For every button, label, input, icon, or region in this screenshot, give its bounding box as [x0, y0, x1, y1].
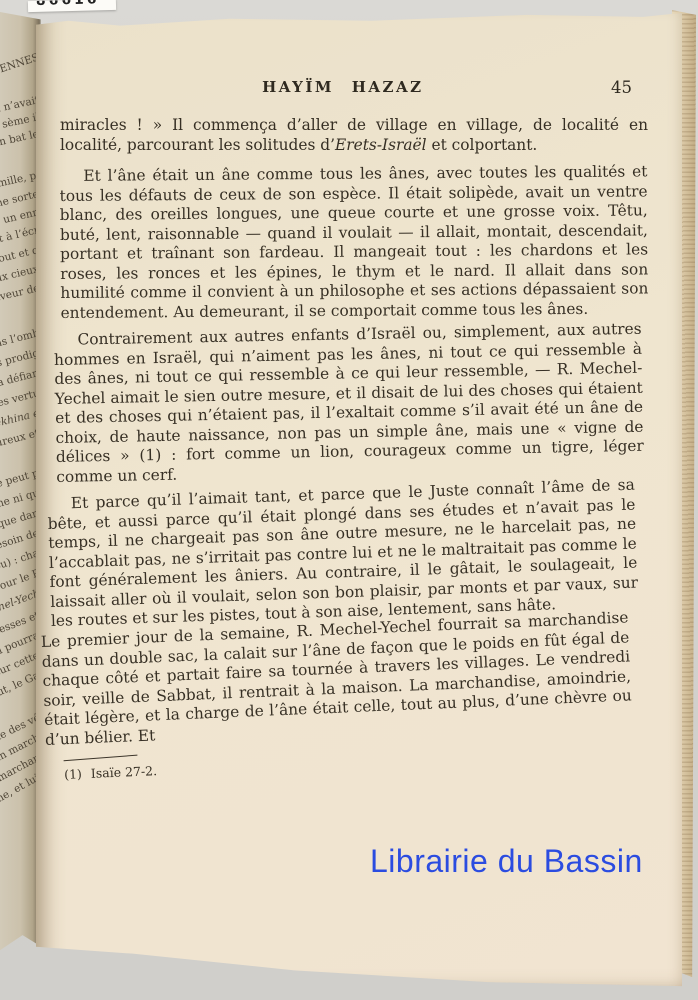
- footnote-marker: (1): [64, 766, 82, 782]
- text-run: Et parce qu’il l’aimait tant, et parce q…: [47, 476, 638, 630]
- facing-page-fragment: sa faveur de: [0, 283, 40, 308]
- page-number: 45: [611, 78, 632, 97]
- facing-page-edge: ENNESte. Il n’avaitd on sème iland on ba…: [0, 12, 41, 954]
- page-content: HAYÏM HAZAZ 45 miracles ! » Il commença …: [36, 8, 682, 782]
- inventory-sticker-digits: 86616: [28, 0, 116, 9]
- text-run: Et l’âne était un âne comme tous les âne…: [60, 162, 649, 321]
- running-header-title: HAYÏM HAZAZ: [262, 78, 423, 96]
- paragraph: Et parce qu’il l’aimait tant, et parce q…: [47, 476, 639, 632]
- facing-page-fragment: t heureux et: [0, 428, 40, 454]
- book-photo-scene: 86616 ENNESte. Il n’avaitd on sème iland…: [0, 0, 698, 1000]
- bookseller-watermark: Librairie du Bassin: [370, 843, 643, 880]
- text-run: Contrairement aux autres enfants d’Israë…: [54, 320, 644, 486]
- running-header: HAYÏM HAZAZ 45: [36, 78, 682, 100]
- footnote-rule: [64, 754, 138, 761]
- body-text: miracles ! » Il commença d’aller de vill…: [36, 116, 682, 750]
- inventory-sticker: 86616: [28, 0, 116, 12]
- paragraph: Contrairement aux autres enfants d’Israë…: [54, 320, 645, 487]
- text-run: Le premier jour de la semaine, R. Mechel…: [41, 608, 633, 748]
- facing-page-fragment: r-haut, le Ga: [0, 670, 41, 707]
- text-run: et colportant.: [427, 136, 538, 154]
- facing-page-fragment: ENNES: [0, 52, 41, 75]
- italic-text: Erets-Israël: [335, 136, 427, 154]
- facing-page-fragment: and on bat le: [0, 129, 40, 154]
- paragraph: Et l’âne était un âne comme tous les âne…: [59, 162, 648, 323]
- paragraph: Le premier jour de la semaine, R. Mechel…: [41, 608, 633, 750]
- footnote-text: Isaïe 27-2.: [91, 763, 158, 781]
- paragraph: miracles ! » Il commença d’aller de vill…: [60, 116, 648, 155]
